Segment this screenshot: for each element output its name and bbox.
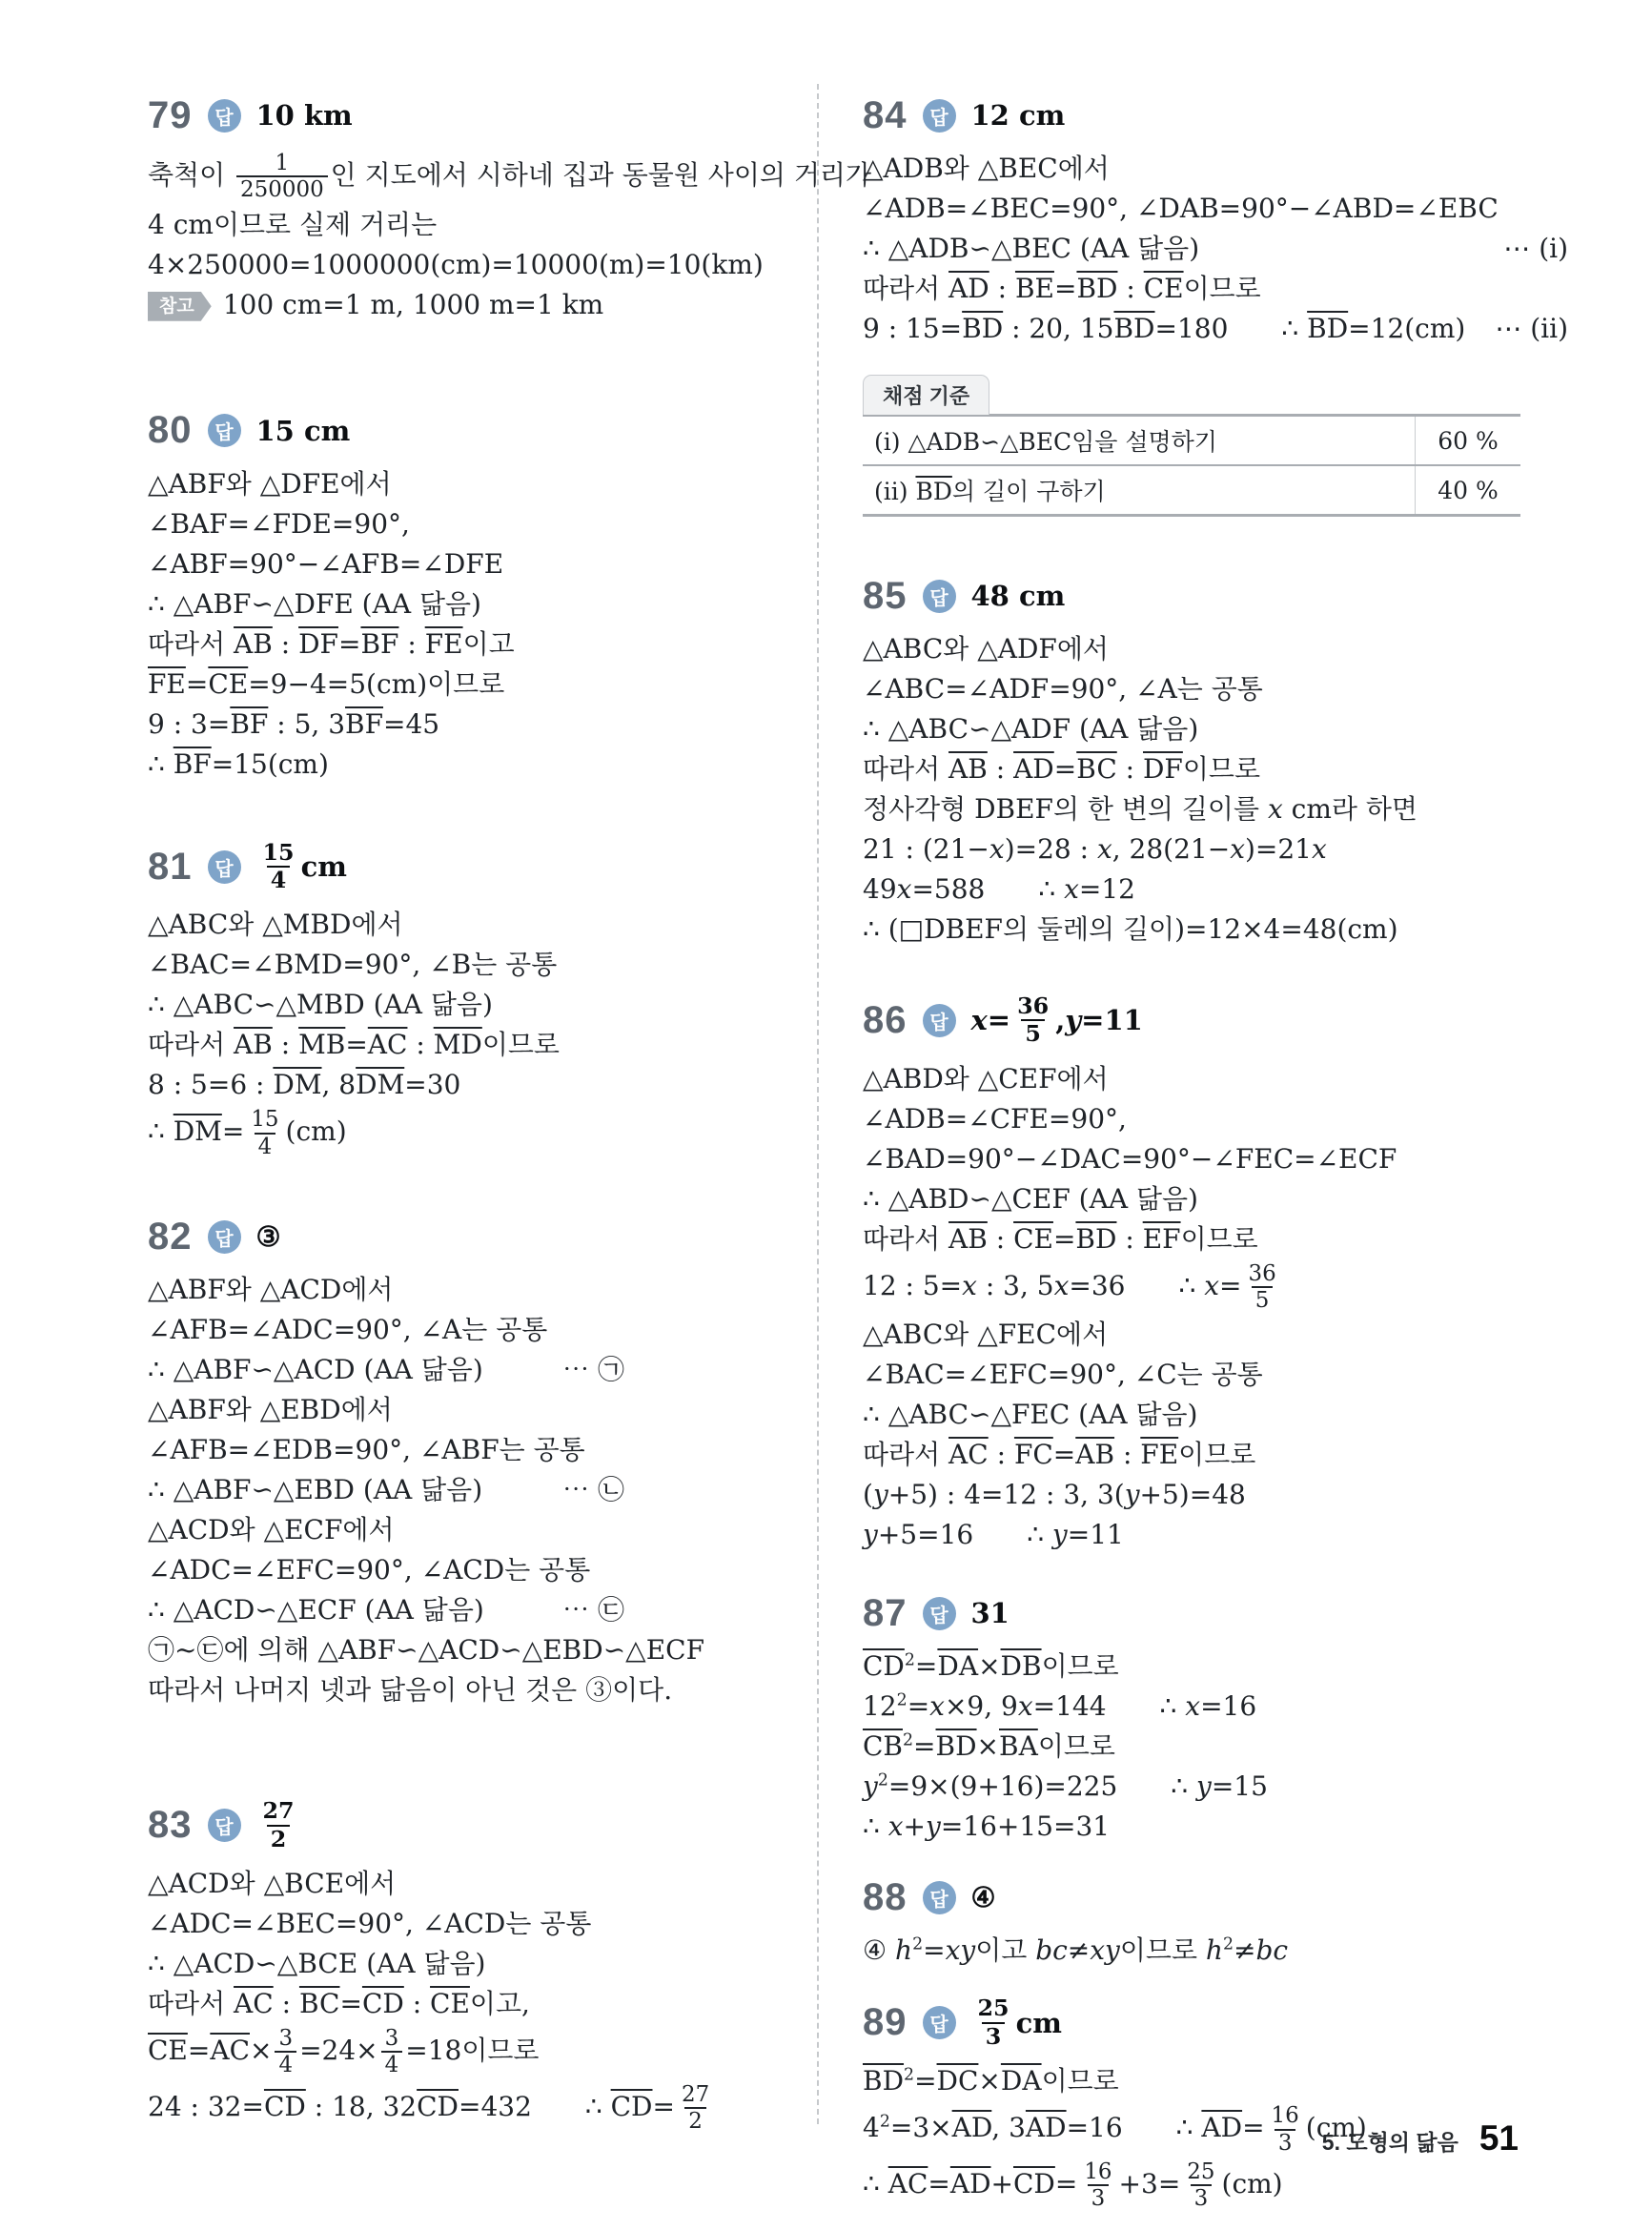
line-reference-marker: ⋯ ㉢ — [562, 1590, 624, 1630]
answer-text: ④ — [971, 1881, 996, 1913]
answer-text: 10 km — [256, 99, 353, 132]
problem-79: 79 답 10 km 축척이 1250000인 지도에서 시하네 집과 동물원 … — [148, 92, 643, 325]
problem-number: 82 — [148, 1216, 193, 1258]
solution-line: △ABF와 △EBD에서 — [148, 1390, 643, 1430]
problem-89: 89 답 253 cm BD2=DC×DA이므로42=3×AD, 3AD=16 … — [863, 1994, 1568, 2213]
solution-line: ∴ △ABC∽△FEC (AA 닮음) — [863, 1395, 1568, 1435]
line-reference-marker: ⋯ (ii) — [1495, 309, 1568, 349]
solution-line: △ABC와 △FEC에서 — [863, 1315, 1568, 1355]
answer-badge: 답 — [208, 850, 241, 884]
problem-header: 81 답 154 cm — [148, 838, 643, 896]
solution-line: 12 : 5=x : 3, 5x=36 ∴ x=365 — [863, 1259, 1568, 1316]
footer-section-title: 5. 도형의 닮음 — [1322, 2125, 1458, 2157]
solution-line: 4×250000=1000000(cm)=10000(m)=10(km) — [148, 245, 643, 285]
answer-badge: 답 — [923, 99, 956, 133]
solution-line: 4 cm이므로 실제 거리는 — [148, 205, 643, 245]
answer-badge: 답 — [208, 414, 241, 447]
solution: CD2=DA×DB이므로122=x×9, 9x=144 ∴ x=16CB2=BD… — [863, 1647, 1568, 1847]
answer-badge: 답 — [923, 1597, 956, 1630]
solution-line: 따라서 AC : FC=AB : FE이므로 — [863, 1435, 1568, 1475]
solution-line: 따라서 AB : AD=BC : DF이므로 — [863, 749, 1568, 789]
rubric-criterion: (ii) BD의 길이 구하기 — [863, 465, 1416, 516]
problem-number: 87 — [863, 1592, 908, 1635]
answer-text: 48 cm — [971, 580, 1066, 612]
problem-number: 88 — [863, 1876, 908, 1919]
problem-number: 83 — [148, 1804, 193, 1847]
table-row: (i) △ADB∽△BEC임을 설명하기 60 % — [863, 416, 1520, 466]
rubric-title: 채점 기준 — [863, 375, 989, 415]
problem-header: 80 답 15 cm — [148, 407, 643, 455]
solution-line: y+5=16 ∴ y=11 — [863, 1515, 1568, 1555]
problem-85: 85 답 48 cm △ABC와 △ADF에서∠ABC=∠ADF=90°, ∠A… — [863, 572, 1568, 950]
note-badge: 참고 — [148, 292, 212, 321]
solution-line: ∠ADB=∠BEC=90°, ∠DAB=90°−∠ABD=∠EBC — [863, 189, 1568, 229]
solution-line: FE=CE=9−4=5(cm)이므로 — [148, 665, 643, 705]
problem-number: 86 — [863, 999, 908, 1042]
solution-line: △ABF와 △ACD에서 — [148, 1270, 643, 1310]
solution-line: △ABD와 △CEF에서 — [863, 1059, 1568, 1099]
problem-84: 84 답 12 cm △ADB와 △BEC에서∠ADB=∠BEC=90°, ∠D… — [863, 92, 1568, 517]
solution-line: 24 : 32=CD : 18, 32CD=432 ∴ CD=272 — [148, 2080, 643, 2137]
problem-header: 83 답 272 — [148, 1796, 643, 1854]
answer-badge: 답 — [923, 2006, 956, 2039]
solution: △ABF와 △DFE에서∠BAF=∠FDE=90°,∠ABF=90°−∠AFB=… — [148, 464, 643, 785]
answer-text: 15 cm — [256, 415, 351, 447]
answer-badge: 답 — [208, 1220, 241, 1254]
solution-line: 따라서 AB : CE=BD : EF이므로 — [863, 1219, 1568, 1259]
solution-line: △ACD와 △ECF에서 — [148, 1510, 643, 1550]
solution-line: 따라서 AB : MB=AC : MD이므로 — [148, 1025, 643, 1065]
solution: △ABF와 △ACD에서∠AFB=∠ADC=90°, ∠A는 공통∴ △ABF∽… — [148, 1270, 643, 1710]
solution-line: 122=x×9, 9x=144 ∴ x=16 — [863, 1687, 1568, 1727]
solution-line: 8 : 5=6 : DM, 8DM=30 — [148, 1065, 643, 1105]
answer-text: 154 cm — [256, 838, 347, 896]
right-column: 84 답 12 cm △ADB와 △BEC에서∠ADB=∠BEC=90°, ∠D… — [863, 92, 1568, 2214]
solution-line: y2=9×(9+16)=225 ∴ y=15 — [863, 1767, 1568, 1807]
problem-number: 81 — [148, 846, 193, 889]
solution: △ADB와 △BEC에서∠ADB=∠BEC=90°, ∠DAB=90°−∠ABD… — [863, 149, 1568, 349]
solution: ④ h2=xy이고 bc≠xy이므로 h2≠bc — [863, 1931, 1568, 1971]
problem-header: 85 답 48 cm — [863, 572, 1568, 620]
problem-80: 80 답 15 cm △ABF와 △DFE에서∠BAF=∠FDE=90°,∠AB… — [148, 407, 643, 785]
answer-badge: 답 — [208, 1809, 241, 1842]
solution-line: ∴ △ABC∽△MBD (AA 닮음) — [148, 985, 643, 1025]
solution-line: △ACD와 △BCE에서 — [148, 1864, 643, 1904]
solution-line: ∠ADC=∠EFC=90°, ∠ACD는 공통 — [148, 1550, 643, 1590]
solution-line: ∠ABC=∠ADF=90°, ∠A는 공통 — [863, 669, 1568, 709]
rubric: 채점 기준 (i) △ADB∽△BEC임을 설명하기 60 % (ii) BD의… — [863, 374, 1568, 517]
problem-86: 86 답 x=365, y=11 △ABD와 △CEF에서∠ADB=∠CFE=9… — [863, 992, 1568, 1555]
solution-line: ∴ AC=AD+CD=163+3=253(cm) — [863, 2158, 1568, 2214]
solution-line: △ABC와 △MBD에서 — [148, 905, 643, 945]
line-text: 9 : 15=BD : 20, 15BD=180 ∴ BD=12(cm) — [863, 309, 1465, 349]
problem-number: 79 — [148, 94, 193, 137]
solution-line: ∴ △ABC∽△ADF (AA 닮음) — [863, 709, 1568, 749]
solution-line: ∠AFB=∠EDB=90°, ∠ABF는 공통 — [148, 1430, 643, 1470]
solution-line: CB2=BD×BA이므로 — [863, 1727, 1568, 1767]
problem-number: 80 — [148, 409, 193, 452]
solution-line: 21 : (21−x)=28 : x, 28(21−x)=21x — [863, 829, 1568, 869]
footer-page-number: 51 — [1479, 2118, 1519, 2158]
answer-badge: 답 — [923, 1881, 956, 1914]
solution-line: CD2=DA×DB이므로 — [863, 1647, 1568, 1687]
solution-line: ∠AFB=∠ADC=90°, ∠A는 공통 — [148, 1310, 643, 1350]
solution-line: ④ h2=xy이고 bc≠xy이므로 h2≠bc — [863, 1931, 1568, 1971]
column-divider — [817, 84, 819, 2124]
rubric-criterion: (i) △ADB∽△BEC임을 설명하기 — [863, 416, 1416, 466]
left-column: 79 답 10 km 축척이 1250000인 지도에서 시하네 집과 동물원 … — [148, 92, 643, 2137]
line-reference-marker: ⋯ (i) — [1503, 229, 1568, 269]
line-text: ∴ △ACD∽△ECF (AA 닮음) — [148, 1590, 484, 1630]
answer-text: 253 cm — [971, 1994, 1062, 2052]
problem-header: 89 답 253 cm — [863, 1994, 1568, 2052]
solution-line: ∠BAC=∠EFC=90°, ∠C는 공통 — [863, 1355, 1568, 1395]
solution-line: ㉠~㉢에 의해 △ABF∽△ACD∽△EBD∽△ECF — [148, 1630, 643, 1670]
solution-line: ∴ △ACD∽△BCE (AA 닮음) — [148, 1944, 643, 1984]
problem-header: 86 답 x=365, y=11 — [863, 992, 1568, 1050]
solution: 축척이 1250000인 지도에서 시하네 집과 동물원 사이의 거리가4 cm… — [148, 149, 643, 325]
solution-line: ∴ BF=15(cm) — [148, 745, 643, 785]
solution-line: ∠ABF=90°−∠AFB=∠DFE — [148, 544, 643, 584]
solution-line: CE=AC×34=24×34=18이므로 — [148, 2024, 643, 2080]
line-text: ∴ △ABF∽△EBD (AA 닮음) — [148, 1470, 482, 1510]
solution-line: 따라서 AC : BC=CD : CE이고, — [148, 1984, 643, 2024]
line-reference-marker: ⋯ ㉡ — [562, 1470, 624, 1510]
solution-line: ∠ADC=∠BEC=90°, ∠ACD는 공통 — [148, 1904, 643, 1944]
problem-82: 82 답 ③ △ABF와 △ACD에서∠AFB=∠ADC=90°, ∠A는 공통… — [148, 1213, 643, 1710]
problem-header: 79 답 10 km — [148, 92, 643, 139]
solution-line: ∠BAC=∠BMD=90°, ∠B는 공통 — [148, 945, 643, 985]
solution: △ABD와 △CEF에서∠ADB=∠CFE=90°,∠BAD=90°−∠DAC=… — [863, 1059, 1568, 1556]
solution-line: 따라서 AD : BE=BD : CE이므로 — [863, 269, 1568, 309]
solution-line: ∴ △ACD∽△ECF (AA 닮음)⋯ ㉢ — [148, 1590, 624, 1630]
solution: △ABC와 △ADF에서∠ABC=∠ADF=90°, ∠A는 공통∴ △ABC∽… — [863, 629, 1568, 950]
solution-line: ∴ △ADB∽△BEC (AA 닮음)⋯ (i) — [863, 229, 1568, 269]
solution-line: BD2=DC×DA이므로 — [863, 2061, 1568, 2101]
problem-88: 88 답 ④ ④ h2=xy이고 bc≠xy이므로 h2≠bc — [863, 1873, 1568, 1971]
solution-line: ∴ (□DBEF의 둘레의 길이)=12×4=48(cm) — [863, 910, 1568, 950]
solution-line: 9 : 15=BD : 20, 15BD=180 ∴ BD=12(cm)⋯ (i… — [863, 309, 1568, 349]
solution: △ACD와 △BCE에서∠ADC=∠BEC=90°, ∠ACD는 공통∴ △AC… — [148, 1864, 643, 2137]
solution-line: 정사각형 DBEF의 한 변의 길이를 x cm라 하면 — [863, 789, 1568, 829]
solution-line: ∠BAD=90°−∠DAC=90°−∠FEC=∠ECF — [863, 1139, 1568, 1179]
solution-line: 따라서 AB : DF=BF : FE이고 — [148, 624, 643, 665]
solution-line: △ABF와 △DFE에서 — [148, 464, 643, 504]
answer-text: 12 cm — [971, 99, 1066, 132]
answer-badge: 답 — [208, 99, 241, 133]
problem-number: 89 — [863, 2001, 908, 2044]
problem-87: 87 답 31 CD2=DA×DB이므로122=x×9, 9x=144 ∴ x=… — [863, 1589, 1568, 1847]
solution-line: △ABC와 △ADF에서 — [863, 629, 1568, 669]
solution-line: ∴ △ABF∽△ACD (AA 닮음)⋯ ㉠ — [148, 1350, 624, 1390]
problem-83: 83 답 272 △ACD와 △BCE에서∠ADC=∠BEC=90°, ∠ACD… — [148, 1796, 643, 2136]
solution: △ABC와 △MBD에서∠BAC=∠BMD=90°, ∠B는 공통∴ △ABC∽… — [148, 905, 643, 1161]
problem-number: 85 — [863, 575, 908, 618]
rubric-percent: 40 % — [1416, 465, 1521, 516]
table-row: (ii) BD의 길이 구하기 40 % — [863, 465, 1520, 516]
rubric-table: (i) △ADB∽△BEC임을 설명하기 60 % (ii) BD의 길이 구하… — [863, 414, 1520, 517]
answer-text: 31 — [971, 1597, 1010, 1629]
solution-line: 참고100 cm=1 m, 1000 m=1 km — [148, 285, 643, 325]
solution-line: ∠ADB=∠CFE=90°, — [863, 1099, 1568, 1139]
solution-line: 9 : 3=BF : 5, 3BF=45 — [148, 705, 643, 745]
solution-line: ∴ DM=154(cm) — [148, 1105, 643, 1161]
answer-text: 272 — [256, 1796, 301, 1854]
answer-badge: 답 — [923, 1004, 956, 1037]
rubric-percent: 60 % — [1416, 416, 1521, 466]
solution-line: ∴ △ABF∽△EBD (AA 닮음)⋯ ㉡ — [148, 1470, 624, 1510]
solution-line: ∴ △ABD∽△CEF (AA 닮음) — [863, 1179, 1568, 1219]
problem-81: 81 답 154 cm △ABC와 △MBD에서∠BAC=∠BMD=90°, ∠… — [148, 838, 643, 1161]
solution-line: △ADB와 △BEC에서 — [863, 149, 1568, 189]
problem-header: 87 답 31 — [863, 1589, 1568, 1637]
answer-text: ③ — [256, 1220, 281, 1253]
solution-line: ∴ x+y=16+15=31 — [863, 1807, 1568, 1847]
problem-header: 82 답 ③ — [148, 1213, 643, 1260]
answer-text: x=365, y=11 — [971, 992, 1143, 1050]
problem-header: 88 답 ④ — [863, 1873, 1568, 1921]
solution-line: 따라서 나머지 넷과 닮음이 아닌 것은 ③이다. — [148, 1670, 643, 1710]
solution-line: ∴ △ABF∽△DFE (AA 닮음) — [148, 584, 643, 624]
line-reference-marker: ⋯ ㉠ — [562, 1350, 624, 1390]
problem-header: 84 답 12 cm — [863, 92, 1568, 139]
solution-line: 49x=588 ∴ x=12 — [863, 869, 1568, 910]
line-text: ∴ △ADB∽△BEC (AA 닮음) — [863, 229, 1199, 269]
page-footer: 5. 도형의 닮음 51 — [1322, 2118, 1519, 2158]
solution-line: 축척이 1250000인 지도에서 시하네 집과 동물원 사이의 거리가 — [148, 149, 643, 205]
problem-number: 84 — [863, 94, 908, 137]
answer-badge: 답 — [923, 580, 956, 613]
solution-line: ∠BAF=∠FDE=90°, — [148, 504, 643, 544]
line-text: ∴ △ABF∽△ACD (AA 닮음) — [148, 1350, 483, 1390]
solution-line: (y+5) : 4=12 : 3, 3(y+5)=48 — [863, 1475, 1568, 1515]
